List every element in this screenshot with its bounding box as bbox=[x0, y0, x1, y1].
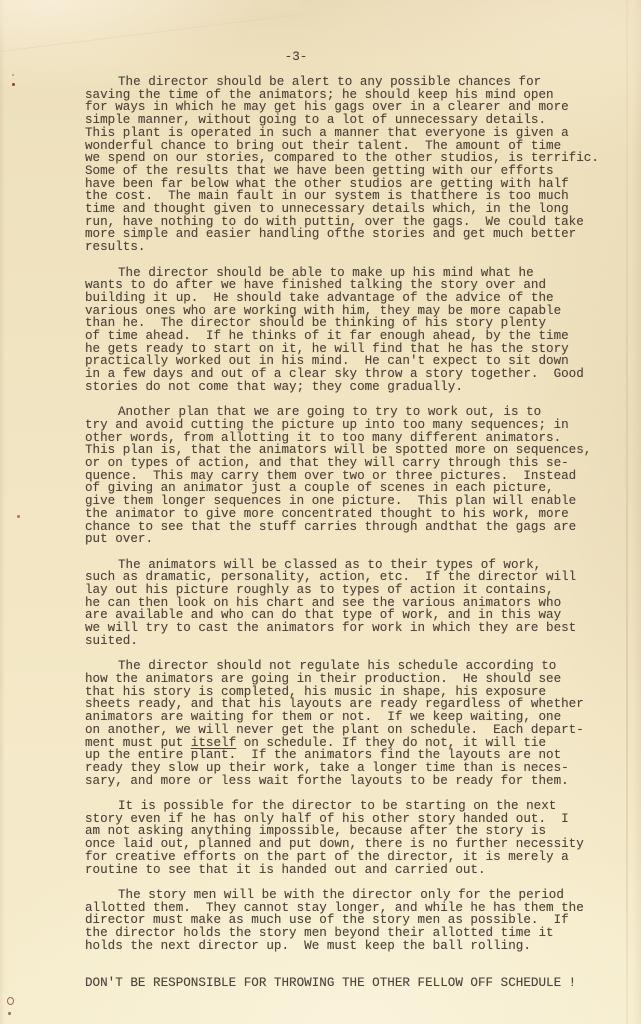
paragraphs-container: The director should be alert to any poss… bbox=[85, 76, 630, 952]
ink-speck bbox=[8, 1012, 11, 1015]
document-page: -3- The director should be alert to any … bbox=[0, 0, 641, 1024]
paragraph: The story men will be with the director … bbox=[85, 889, 630, 953]
page-number: -3- bbox=[0, 51, 592, 64]
paragraph: The director should not regulate his sch… bbox=[85, 660, 630, 787]
paragraph: The director should be able to make up h… bbox=[85, 267, 630, 394]
paper-crease-top bbox=[0, 0, 303, 59]
underlined-word: itself bbox=[191, 736, 236, 750]
paragraph: It is possible for the director to be st… bbox=[85, 800, 630, 876]
ink-speck bbox=[12, 83, 15, 86]
ink-speck bbox=[12, 74, 14, 76]
ink-speck bbox=[17, 515, 20, 518]
closing-line: DON'T BE RESPONSIBLE FOR THROWING THE OT… bbox=[85, 977, 630, 990]
red-circle-mark bbox=[7, 997, 14, 1005]
paragraph: The animators will be classed as to thei… bbox=[85, 559, 630, 648]
document-body: The director should be alert to any poss… bbox=[85, 76, 630, 990]
paragraph: The director should be alert to any poss… bbox=[85, 76, 630, 254]
paragraph: Another plan that we are going to try to… bbox=[85, 406, 630, 546]
